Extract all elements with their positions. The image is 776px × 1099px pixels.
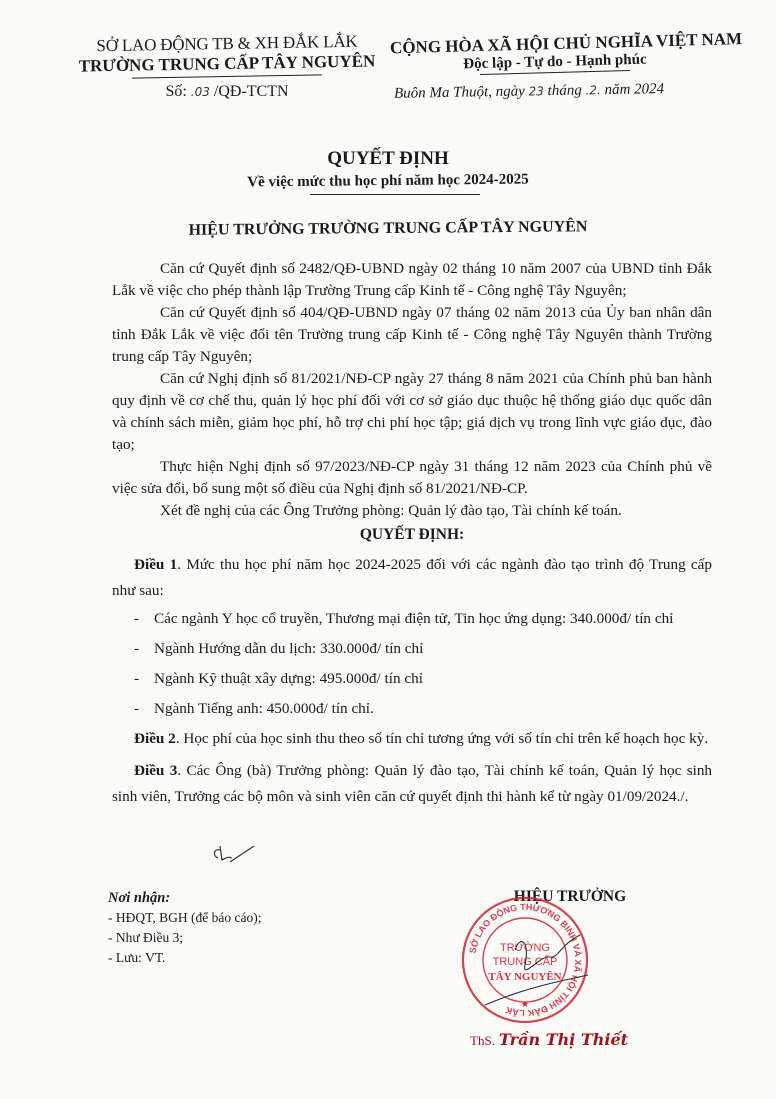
date-month: .2. <box>585 83 601 97</box>
number-suffix: /QĐ-TCTN <box>214 83 289 100</box>
recipient-item: - Như Điều 3; <box>108 928 388 948</box>
article-label: Điều 2 <box>134 730 176 747</box>
fee-item: Ngành Tiếng anh: 450.000đ/ tín chỉ. <box>134 696 712 722</box>
preamble-paragraph: Căn cứ Nghị định số 81/2021/NĐ-CP ngày 2… <box>112 368 712 456</box>
recipients-heading: Nơi nhận: <box>108 888 388 908</box>
article-label: Điều 1 <box>134 556 177 573</box>
recipient-item: - Lưu: VT. <box>108 948 388 968</box>
date-day: 23 <box>528 84 544 98</box>
signer-prefix: ThS. <box>470 1033 495 1048</box>
fee-list: Các ngành Y học cổ truyền, Thương mại đi… <box>112 606 712 722</box>
document-title: QUYẾT ĐỊNH <box>0 148 776 170</box>
issuing-authority: HIỆU TRƯỞNG TRƯỜNG TRUNG CẤP TÂY NGUYÊN <box>0 217 776 242</box>
decision-heading: QUYẾT ĐỊNH: <box>112 524 712 546</box>
document-subtitle: Về việc mức thu học phí năm học 2024-202… <box>0 169 776 194</box>
year-label: năm 2024 <box>604 81 664 98</box>
article-text: . Học phí của học sinh thu theo số tín c… <box>176 730 708 747</box>
official-stamp-icon: SỞ LAO ĐỘNG THƯƠNG BINH VÀ XÃ HỘI TỈNH Đ… <box>460 895 590 1025</box>
place-date: Buôn Ma Thuột, ngày 23 tháng .2. năm 202… <box>390 80 720 103</box>
recipients-block: Nơi nhận: - HĐQT, BGH (để báo cáo); - Nh… <box>108 888 388 968</box>
article-text: . Các Ông (bà) Trưởng phòng: Quản lý đào… <box>112 762 712 805</box>
month-label: tháng <box>547 83 581 100</box>
preamble-paragraph: Xét đề nghị của các Ông Trưởng phòng: Qu… <box>112 500 712 522</box>
preamble-paragraph: Căn cứ Quyết định số 2482/QĐ-UBND ngày 0… <box>112 258 712 302</box>
svg-text:TRƯỜNG: TRƯỜNG <box>500 941 550 954</box>
place-date-prefix: Buôn Ma Thuột, ngày <box>394 84 525 102</box>
subtitle-underline <box>310 194 480 195</box>
number-value: .03 <box>191 85 210 99</box>
article-text: . Mức thu học phí năm học 2024-2025 đối … <box>112 556 712 599</box>
national-header-block: CỘNG HÒA XÃ HỘI CHỦ NGHĨA VIỆT NAM Độc l… <box>390 34 720 100</box>
preamble-paragraph: Thực hiện Nghị định số 97/2023/NĐ-CP ngà… <box>112 456 712 500</box>
document-number: Số: .03 /QĐ-TCTN <box>62 83 392 101</box>
initials-mark-icon <box>210 842 260 866</box>
svg-text:TÂY NGUYÊN: TÂY NGUYÊN <box>488 971 561 983</box>
number-label: Số: <box>165 83 186 100</box>
fee-item: Ngành Hướng dẫn du lịch: 330.000đ/ tín c… <box>134 636 712 662</box>
article-3: Điều 3. Các Ông (bà) Trưởng phòng: Quản … <box>112 758 712 810</box>
fee-item: Ngành Kỹ thuật xây dựng: 495.000đ/ tín c… <box>134 666 712 692</box>
preamble-paragraph: Căn cứ Quyết định số 404/QĐ-UBND ngày 07… <box>112 302 712 368</box>
signer-name: Trần Thị Thiết <box>499 1030 628 1049</box>
fee-item: Các ngành Y học cổ truyền, Thương mại đi… <box>134 606 712 632</box>
recipient-item: - HĐQT, BGH (để báo cáo); <box>108 908 388 928</box>
svg-text:★: ★ <box>521 999 529 1009</box>
article-label: Điều 3 <box>134 762 177 779</box>
signer-name-block: ThS. Trần Thị Thiết <box>470 1030 690 1050</box>
issuing-agency-block: SỞ LAO ĐỘNG TB & XH ĐẮK LẮK TRƯỜNG TRUNG… <box>62 34 392 101</box>
article-1: Điều 1. Mức thu học phí năm học 2024-202… <box>112 552 712 604</box>
article-2: Điều 2. Học phí của học sinh thu theo số… <box>112 726 712 752</box>
document-body: Căn cứ Quyết định số 2482/QĐ-UBND ngày 0… <box>112 258 712 810</box>
